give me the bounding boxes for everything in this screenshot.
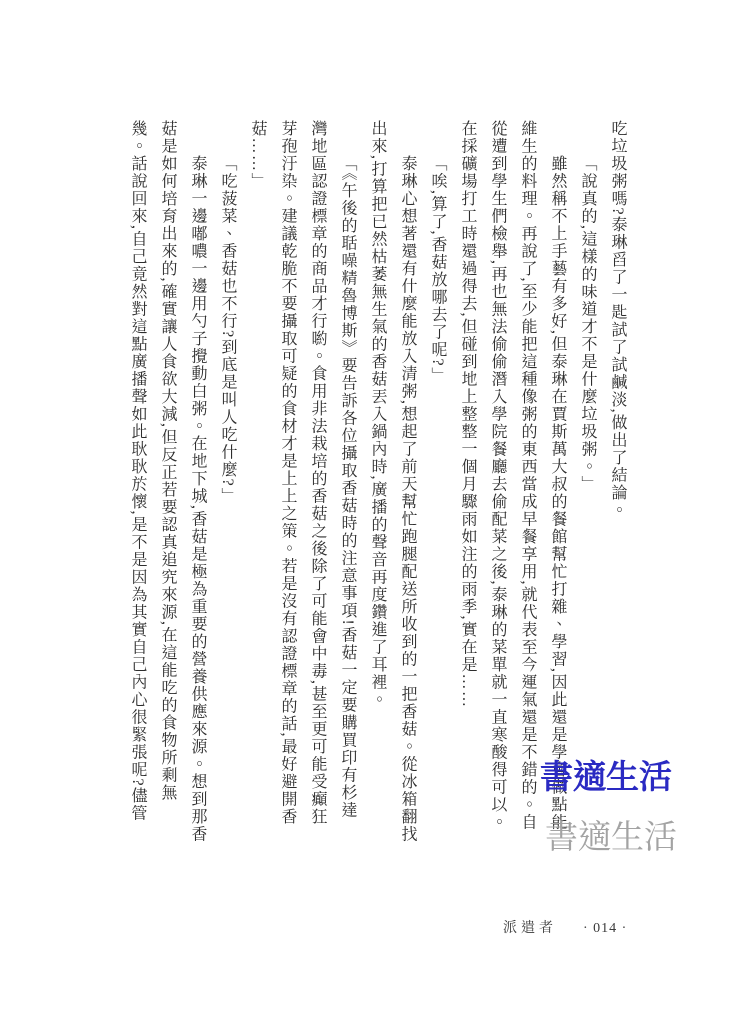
text-column: 灣地區認證標章的商品才行喲。食用非法栽培的香菇之後除了可能會中毒,甚至更可能受癲…: [307, 120, 327, 860]
text-column: 「吃菠菜、香菇也不行?到底是叫人吃什麼?」: [217, 155, 237, 860]
text-column: 維生的料理。再說了,至少能把這種像粥的東西當成早餐享用,就代表至今運氣還是不錯的…: [517, 120, 537, 860]
text-column: 幾。話說回來,自己竟然對這點廣播聲如此耿耿於懷,是不是因為其實自己內心很緊張呢?…: [127, 120, 147, 860]
text-column: 泰琳心想著還有什麼能放入清粥,想起了前天幫忙跑腿配送所收到的一把香菇。從冰箱翻找: [397, 155, 417, 860]
text-column: 菇是如何培育出來的,確實讓人食欲大減,但反正若要認真追究來源,在這能吃的食物所剩…: [157, 120, 177, 860]
text-column: 芽孢汙染。建議乾脆不要攝取可疑的食材才是上上之策。若是沒有認證標章的話,最好避開…: [277, 120, 297, 860]
footer-book-title: 派遣者: [503, 917, 557, 937]
text-column: 「《午後的聒噪精魯博斯》要告訴各位攝取香菇時的注意事項!香菇一定要購買印有杉達: [337, 155, 357, 860]
text-column: 「說真的,這樣的味道才不是什麼垃圾粥。」: [577, 155, 597, 860]
text-column: 從遭到學生們檢舉,再也無法偷偷潛入學院餐廳去偷配菜之後,泰琳的菜單就一直寒酸得可…: [487, 120, 507, 860]
footer-page-number: · 014 ·: [583, 921, 627, 937]
page-footer: 派遣者 · 014 ·: [503, 917, 627, 937]
book-page: 吃垃圾粥嗎?泰琳舀了一匙試了試鹹淡,做出了結論。 「說真的,這樣的味道才不是什麼…: [0, 0, 736, 1021]
text-column: 菇……」: [247, 120, 267, 860]
text-column: 在採礦場打工時還過得去,但碰到地上整整一個月驟雨如注的雨季,實在是……: [457, 120, 477, 860]
text-column: 泰琳一邊嘟噥一邊用勺子攪動白粥。在地下城,香菇是極為重要的營養供應來源。想到那香: [187, 155, 207, 860]
text-column: 「唉,算了,香菇放哪去了呢?」: [427, 155, 447, 860]
text-column: 吃垃圾粥嗎?泰琳舀了一匙試了試鹹淡,做出了結論。: [607, 120, 627, 860]
text-column: 雖然稱不上手藝有多好,但泰琳在賈斯萬大叔的餐館幫忙打雜、學習,因此還是學會做點能: [547, 155, 567, 860]
text-column: 出來,打算把已然枯萎無生氣的香菇丟入鍋內時,廣播的聲音再度鑽進了耳裡。: [367, 120, 387, 860]
